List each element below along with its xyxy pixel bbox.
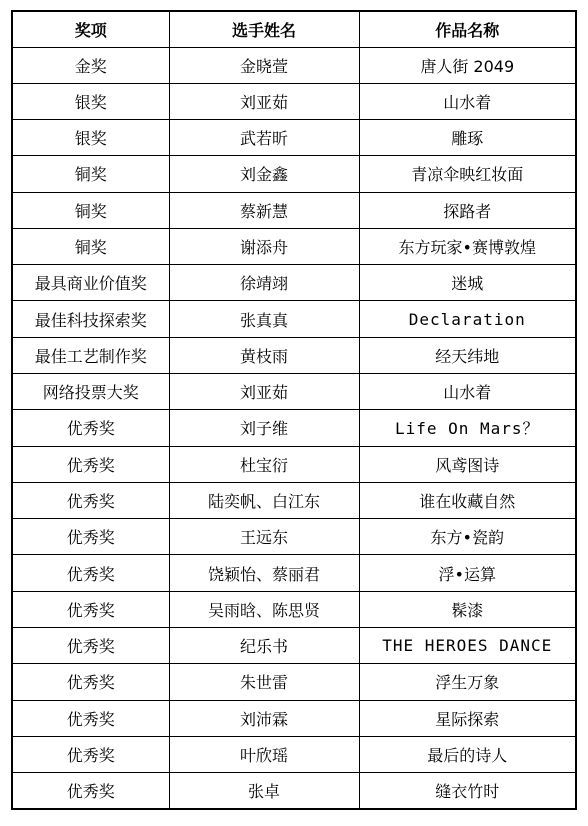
work-cell: 缝衣竹时 [359,773,576,809]
column-header-award: 奖项 [12,11,169,47]
award-cell: 铜奖 [12,156,169,192]
work-cell: 雕琢 [359,120,576,156]
work-cell: 经天纬地 [359,337,576,373]
table-row: 银奖武若昕雕琢 [12,120,576,156]
name-cell: 朱世雷 [169,664,359,700]
name-cell: 陆奕帆、白江东 [169,482,359,518]
award-cell: 优秀奖 [12,700,169,736]
name-cell: 刘亚茹 [169,374,359,410]
name-cell: 谢添舟 [169,228,359,264]
work-cell: 浮•运算 [359,555,576,591]
work-cell: 唐人街 2049 [359,47,576,83]
work-cell: Life On Mars？ [359,410,576,446]
award-cell: 最具商业价值奖 [12,265,169,301]
table-row: 优秀奖刘子维Life On Mars？ [12,410,576,446]
name-cell: 吴雨晗、陈思贤 [169,591,359,627]
work-cell: 谁在收藏自然 [359,482,576,518]
table-body: 金奖金晓萱唐人街 2049银奖刘亚茹山水着银奖武若昕雕琢铜奖刘金鑫青凉伞映红妆面… [12,47,576,809]
award-cell: 金奖 [12,47,169,83]
work-cell: 风鸢图诗 [359,446,576,482]
table-row: 优秀奖张卓缝衣竹时 [12,773,576,809]
name-cell: 刘金鑫 [169,156,359,192]
work-cell: 山水着 [359,374,576,410]
name-cell: 王远东 [169,519,359,555]
work-cell: 星际探索 [359,700,576,736]
award-cell: 优秀奖 [12,591,169,627]
name-cell: 刘子维 [169,410,359,446]
table-row: 优秀奖王远东东方•瓷韵 [12,519,576,555]
work-cell: 山水着 [359,83,576,119]
award-cell: 优秀奖 [12,446,169,482]
award-cell: 优秀奖 [12,736,169,772]
name-cell: 蔡新慧 [169,192,359,228]
award-cell: 优秀奖 [12,410,169,446]
award-cell: 优秀奖 [12,519,169,555]
table-row: 优秀奖刘沛霖星际探索 [12,700,576,736]
name-cell: 张卓 [169,773,359,809]
award-cell: 网络投票大奖 [12,374,169,410]
table-row: 优秀奖陆奕帆、白江东谁在收藏自然 [12,482,576,518]
work-cell: 东方•瓷韵 [359,519,576,555]
table-row: 优秀奖纪乐书THE HEROES DANCE [12,628,576,664]
award-cell: 优秀奖 [12,773,169,809]
work-cell: 髹漆 [359,591,576,627]
column-header-work: 作品名称 [359,11,576,47]
table-row: 铜奖刘金鑫青凉伞映红妆面 [12,156,576,192]
table-row: 金奖金晓萱唐人街 2049 [12,47,576,83]
award-cell: 优秀奖 [12,555,169,591]
award-cell: 铜奖 [12,228,169,264]
work-cell: THE HEROES DANCE [359,628,576,664]
work-cell: 东方玩家•赛博敦煌 [359,228,576,264]
name-cell: 张真真 [169,301,359,337]
award-cell: 银奖 [12,83,169,119]
table-row: 最具商业价值奖徐靖翊迷城 [12,265,576,301]
table-row: 铜奖谢添舟东方玩家•赛博敦煌 [12,228,576,264]
name-cell: 黄枝雨 [169,337,359,373]
table-row: 优秀奖朱世雷浮生万象 [12,664,576,700]
table-row: 银奖刘亚茹山水着 [12,83,576,119]
table-row: 优秀奖吴雨晗、陈思贤髹漆 [12,591,576,627]
name-cell: 杜宝衍 [169,446,359,482]
award-cell: 银奖 [12,120,169,156]
table-row: 优秀奖杜宝衍风鸢图诗 [12,446,576,482]
awards-table: 奖项 选手姓名 作品名称 金奖金晓萱唐人街 2049银奖刘亚茹山水着银奖武若昕雕… [11,10,577,810]
table-row: 优秀奖叶欣瑶最后的诗人 [12,736,576,772]
work-cell: 浮生万象 [359,664,576,700]
award-cell: 优秀奖 [12,664,169,700]
column-header-name: 选手姓名 [169,11,359,47]
name-cell: 饶颖怡、蔡丽君 [169,555,359,591]
name-cell: 叶欣瑶 [169,736,359,772]
table-header-row: 奖项 选手姓名 作品名称 [12,11,576,47]
table-row: 最佳科技探索奖张真真Declaration [12,301,576,337]
work-cell: 探路者 [359,192,576,228]
work-cell: 青凉伞映红妆面 [359,156,576,192]
award-cell: 最佳工艺制作奖 [12,337,169,373]
award-cell: 铜奖 [12,192,169,228]
award-cell: 优秀奖 [12,482,169,518]
name-cell: 金晓萱 [169,47,359,83]
award-cell: 优秀奖 [12,628,169,664]
table-row: 最佳工艺制作奖黄枝雨经天纬地 [12,337,576,373]
table-row: 网络投票大奖刘亚茹山水着 [12,374,576,410]
name-cell: 刘沛霖 [169,700,359,736]
name-cell: 纪乐书 [169,628,359,664]
name-cell: 武若昕 [169,120,359,156]
table-row: 铜奖蔡新慧探路者 [12,192,576,228]
document-page: 奖项 选手姓名 作品名称 金奖金晓萱唐人街 2049银奖刘亚茹山水着银奖武若昕雕… [0,0,588,826]
name-cell: 刘亚茹 [169,83,359,119]
work-cell: 迷城 [359,265,576,301]
table-row: 优秀奖饶颖怡、蔡丽君浮•运算 [12,555,576,591]
name-cell: 徐靖翊 [169,265,359,301]
work-cell: 最后的诗人 [359,736,576,772]
award-cell: 最佳科技探索奖 [12,301,169,337]
work-cell: Declaration [359,301,576,337]
